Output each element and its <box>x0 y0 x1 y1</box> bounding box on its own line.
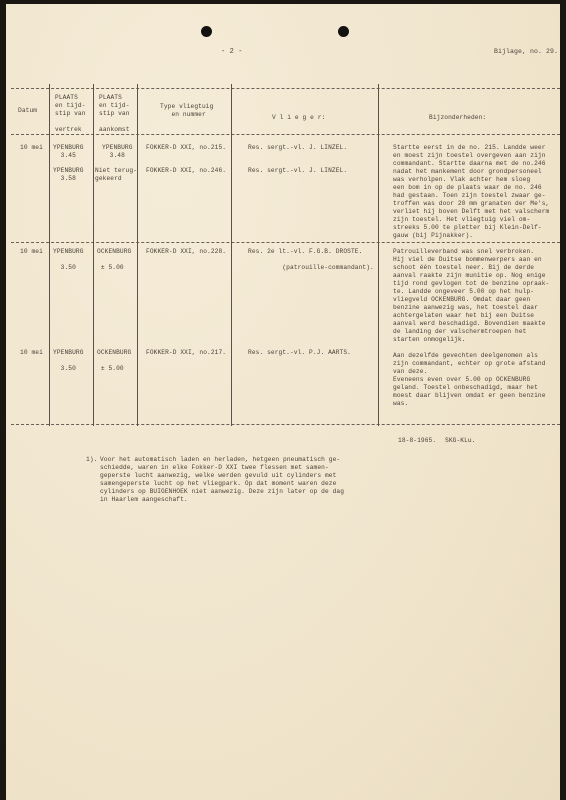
punch-hole <box>338 26 349 37</box>
document-page: - 2 - Bijlage, no. 29. Datum PLAATS en t… <box>6 4 560 800</box>
cell-datum: 10 mei <box>20 144 43 152</box>
page-number: - 2 - <box>221 48 243 56</box>
column-divider <box>231 84 232 426</box>
footnote-text: Voor het automatisch laden en herladen, … <box>100 456 344 504</box>
punch-hole <box>201 26 212 37</box>
cell-type: FOKKER-D XXI, no.246. <box>146 167 226 175</box>
header-aankomst: PLAATS en tijd- stip van aankomst <box>99 94 130 134</box>
cell-type: FOKKER-D XXI, no.215. <box>146 144 226 152</box>
cell-vertrek: YPENBURG 3.45 <box>53 144 84 160</box>
cell-aankomst: Niet terug- gekeerd <box>95 167 137 183</box>
cell-vlieger: Res. sergt.-vl. P.J. AARTS. <box>248 349 351 357</box>
cell-type: FOKKER-D XXI, no.217. <box>146 349 226 357</box>
cell-aankomst: OCKENBURG ± 5.00 <box>97 349 131 373</box>
cell-vlieger: Res. 2e lt.-vl. F.G.B. DROSTE. (patrouil… <box>248 248 374 272</box>
column-divider <box>378 84 379 426</box>
header-bijzonderheden: Bijzonderheden: <box>429 114 486 122</box>
column-divider <box>49 84 50 426</box>
header-datum: Datum <box>18 107 37 115</box>
cell-datum: 10 mei <box>20 349 43 357</box>
header-vertrek: PLAATS en tijd- stip van vertrek <box>55 94 86 134</box>
cell-vlieger: Res. sergt.-vl. J. LINZEL. <box>248 144 347 152</box>
footnote-marker: 1). <box>86 456 97 464</box>
cell-vertrek: YPENBURG 3.50 <box>53 248 84 272</box>
cell-bijzonderheden: Patrouilleverband was snel verbroken. Hi… <box>393 248 549 344</box>
signature-date: 18-8-1965. <box>398 437 436 445</box>
appendix-label: Bijlage, no. 29. <box>494 48 558 56</box>
column-divider <box>93 84 94 426</box>
cell-vertrek: YPENBURG 3.50 <box>53 349 84 373</box>
cell-aankomst: OCKENBURG ± 5.00 <box>97 248 131 272</box>
cell-bijzonderheden: Startte eerst in de no. 215. Landde weer… <box>393 144 549 240</box>
cell-type: FOKKER-D XXI, no.228. <box>146 248 226 256</box>
header-type: Type vliegtuig en nummer <box>160 103 213 119</box>
cell-vertrek: YPENBURG 3.58 <box>53 167 84 183</box>
column-divider <box>137 84 138 426</box>
header-vlieger: V l i e g e r: <box>272 114 325 122</box>
cell-vlieger: Res. sergt.-vl. J. LINZEL. <box>248 167 347 175</box>
cell-aankomst: YPENBURG 3.48 <box>102 144 133 160</box>
cell-datum: 10 mei <box>20 248 43 256</box>
signature-org: SKG-KLu. <box>445 437 476 445</box>
cell-bijzonderheden: Aan dezelfde gevechten deelgenomen als z… <box>393 352 546 408</box>
